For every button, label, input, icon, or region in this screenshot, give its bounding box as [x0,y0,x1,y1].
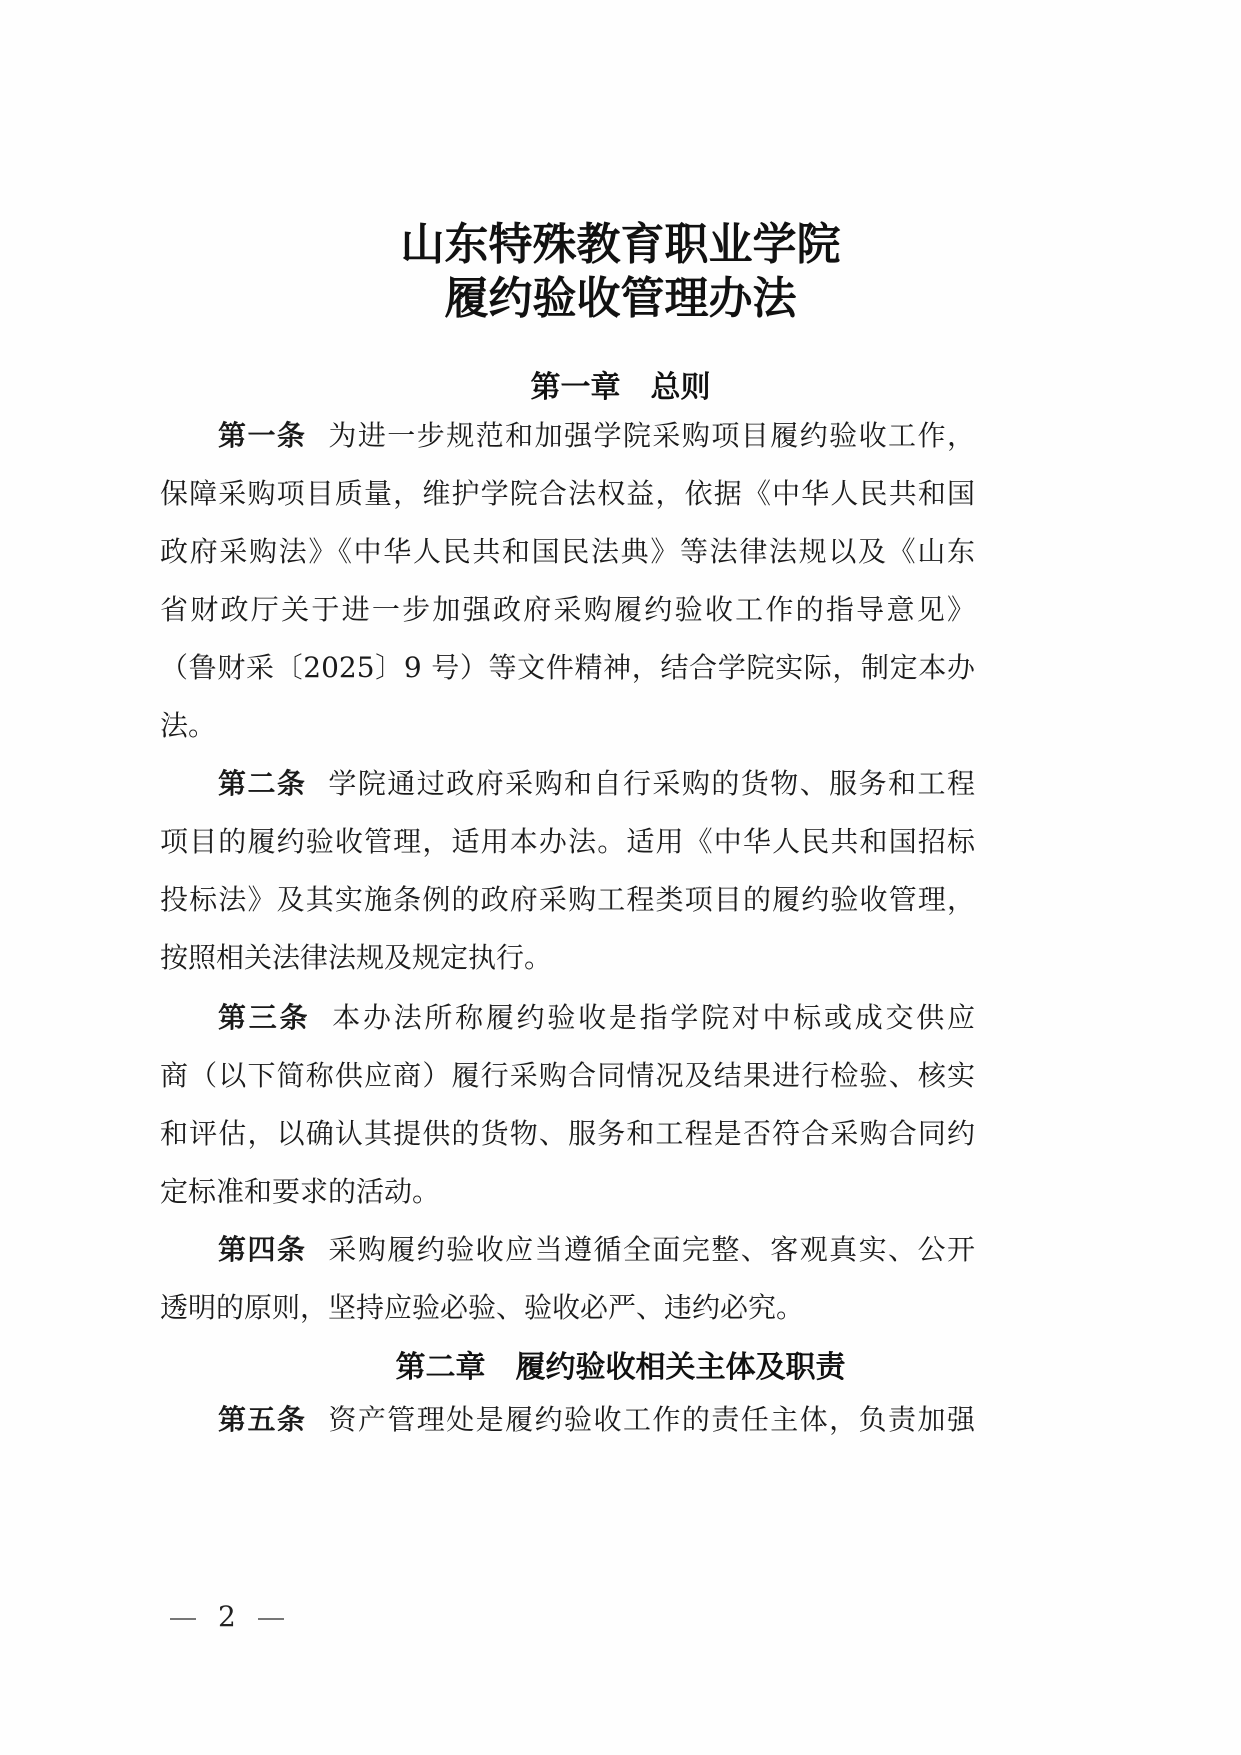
article-3-line-1: 第三条本办法所称履约验收是指学院对中标或成交供应 [218,1000,975,1036]
article-2-line-1: 第二条学院通过政府采购和自行采购的货物、服务和工程 [218,766,975,802]
article-3-line-3: 和评估，以确认其提供的货物、服务和工程是否符合采购合同约 [160,1116,975,1152]
article-1-label: 第一条 [218,419,306,452]
article-2-line-3: 投标法》及其实施条例的政府采购工程类项目的履约验收管理， [160,882,975,918]
article-1-line-4: 省财政厅关于进一步加强政府采购履约验收工作的指导意见》 [160,592,975,628]
article-1-line-3: 政府采购法》《中华人民共和国民法典》等法律法规以及《山东 [160,534,975,570]
article-1-line-1: 第一条为进一步规范和加强学院采购项目履约验收工作， [218,418,975,454]
chapter-heading-1: 第一章 总则 [0,362,1241,406]
article-5-label: 第五条 [218,1403,306,1436]
article-1-line-2: 保障采购项目质量，维护学院合法权益，依据《中华人民共和国 [160,476,975,512]
article-4-label: 第四条 [218,1233,306,1266]
article-3-label: 第三条 [218,1001,310,1034]
article-4-line-1: 第四条采购履约验收应当遵循全面完整、客观真实、公开 [218,1232,975,1268]
article-1-line-6: 法。 [160,708,975,744]
document-title-line-2: 履约验收管理办法 [0,262,1241,326]
article-1-line-5: （鲁财采〔2025〕9 号）等文件精神，结合学院实际，制定本办 [160,650,975,686]
page-number: 2 [218,1600,236,1633]
article-3-line-2: 商（以下简称供应商）履行采购合同情况及结果进行检验、核实 [160,1058,975,1094]
article-2-label: 第二条 [218,767,306,800]
article-2-line-4: 按照相关法律法规及规定执行。 [160,940,975,976]
article-3-line-4: 定标准和要求的活动。 [160,1174,975,1210]
document-page: 山东特殊教育职业学院 履约验收管理办法 第一章 总则 第一条为进一步规范和加强学… [0,0,1241,1755]
dash-left [170,1618,196,1620]
article-5-line-1: 第五条资产管理处是履约验收工作的责任主体，负责加强 [218,1402,975,1438]
chapter-heading-2: 第二章 履约验收相关主体及职责 [0,1342,1241,1386]
article-4-line-2: 透明的原则，坚持应验必验、验收必严、违约必究。 [160,1290,975,1326]
article-2-line-2: 项目的履约验收管理，适用本办法。适用《中华人民共和国招标 [160,824,975,860]
page-footer: 2 [170,1600,284,1633]
dash-right [258,1618,284,1620]
